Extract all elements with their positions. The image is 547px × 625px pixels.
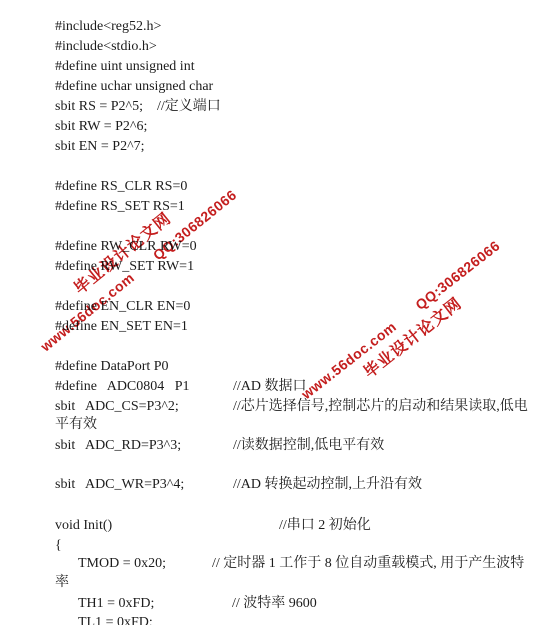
code-text: #define RW_CLR RW=0 (55, 237, 197, 257)
code-text: sbit RS = P2^5; (55, 97, 143, 117)
code-comment: // 定时器 1 工作于 8 位自动重载模式, 用于产生波特 (212, 554, 524, 574)
code-text: sbit EN = P2^7; (55, 137, 145, 157)
code-text: { (55, 536, 62, 556)
code-line: sbit RS = P2^5;//定义端口 (0, 97, 547, 117)
code-line: #define EN_SET EN=1 (0, 317, 547, 337)
code-text: #define RS_SET RS=1 (55, 197, 185, 217)
code-line: #define uchar unsigned char (0, 77, 547, 97)
code-line: #define EN_CLR EN=0 (0, 297, 547, 317)
code-line: #define RS_SET RS=1 (0, 197, 547, 217)
code-text: #define RW_SET RW=1 (55, 257, 194, 277)
code-line: TH1 = 0xFD;// 波特率 9600 (0, 594, 547, 614)
code-listing: #include<reg52.h>#include<stdio.h>#defin… (0, 0, 547, 625)
code-text: 平有效 (55, 415, 97, 435)
code-text: TL1 = 0xFD; (78, 613, 153, 625)
code-text: #define EN_SET EN=1 (55, 317, 188, 337)
code-comment: // 波特率 9600 (232, 594, 317, 614)
code-text: #define uchar unsigned char (55, 77, 213, 97)
code-line: sbit ADC_CS=P3^2;//芯片选择信号,控制芯片的启动和结果读取,低… (0, 397, 547, 417)
code-text: TMOD = 0x20; (78, 554, 166, 574)
code-text: #include<reg52.h> (55, 17, 161, 37)
code-comment: //串口 2 初始化 (279, 516, 371, 536)
code-line: #define DataPort P0 (0, 357, 547, 377)
code-line: #define RS_CLR RS=0 (0, 177, 547, 197)
code-line: sbit EN = P2^7; (0, 137, 547, 157)
code-text: sbit ADC_RD=P3^3; (55, 436, 181, 456)
code-line: TL1 = 0xFD; (0, 613, 547, 625)
code-line: #define ADC0804 P1//AD 数据口 (0, 377, 547, 397)
code-text: sbit ADC_WR=P3^4; (55, 475, 184, 495)
code-line: #define uint unsigned int (0, 57, 547, 77)
code-line: #define RW_SET RW=1 (0, 257, 547, 277)
code-comment: //AD 数据口 (233, 377, 307, 397)
code-line: TMOD = 0x20;// 定时器 1 工作于 8 位自动重载模式, 用于产生… (0, 554, 547, 574)
code-text: 率 (55, 573, 69, 593)
code-line: sbit RW = P2^6; (0, 117, 547, 137)
code-text: sbit RW = P2^6; (55, 117, 147, 137)
code-comment: //读数据控制,低电平有效 (233, 436, 384, 456)
code-comment: //定义端口 (157, 97, 221, 117)
code-text: TH1 = 0xFD; (78, 594, 154, 614)
code-text: #include<stdio.h> (55, 37, 157, 57)
code-text: #define EN_CLR EN=0 (55, 297, 190, 317)
code-line: #include<reg52.h> (0, 17, 547, 37)
code-line: { (0, 536, 547, 556)
code-text: #define ADC0804 P1 (55, 377, 190, 397)
code-text: #define uint unsigned int (55, 57, 195, 77)
code-text: #define RS_CLR RS=0 (55, 177, 187, 197)
code-line: sbit ADC_RD=P3^3;//读数据控制,低电平有效 (0, 436, 547, 456)
code-line: #include<stdio.h> (0, 37, 547, 57)
code-line: void Init()//串口 2 初始化 (0, 516, 547, 536)
code-comment: //AD 转换起动控制,上升沿有效 (233, 475, 422, 495)
code-text: sbit ADC_CS=P3^2; (55, 397, 179, 417)
document-page: #include<reg52.h>#include<stdio.h>#defin… (0, 0, 547, 625)
code-line: sbit ADC_WR=P3^4;//AD 转换起动控制,上升沿有效 (0, 475, 547, 495)
code-comment: //芯片选择信号,控制芯片的启动和结果读取,低电 (233, 397, 528, 417)
code-text: #define DataPort P0 (55, 357, 169, 377)
code-line: 率 (0, 573, 547, 593)
code-text: void Init() (55, 516, 112, 536)
code-line: 平有效 (0, 415, 547, 435)
code-line: #define RW_CLR RW=0 (0, 237, 547, 257)
